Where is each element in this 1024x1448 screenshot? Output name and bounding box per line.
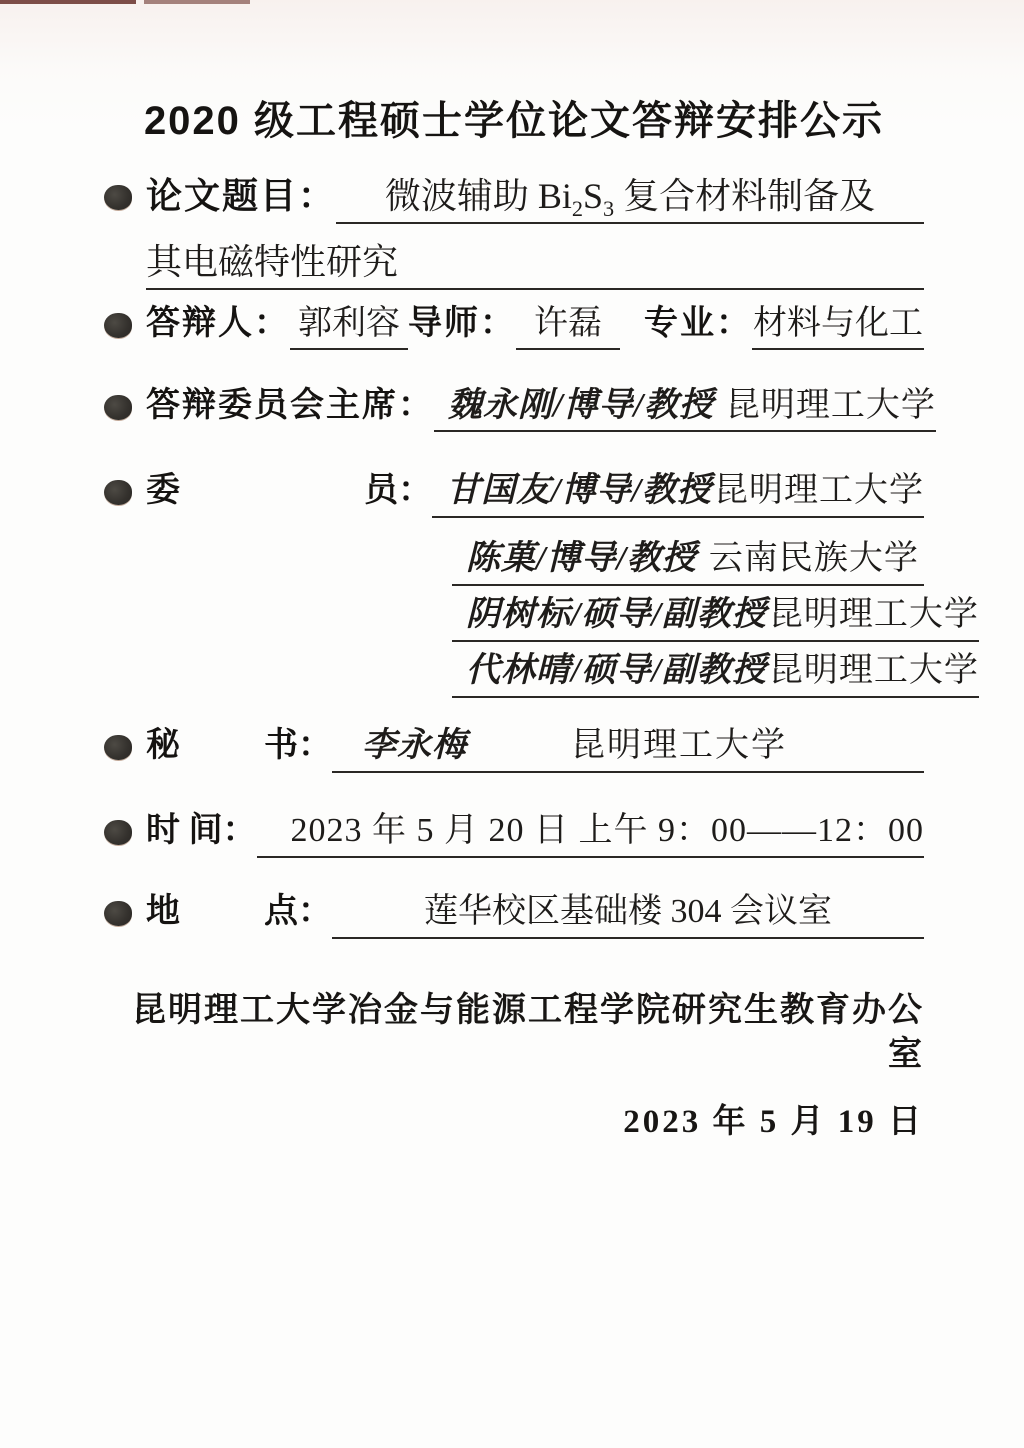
time-label-first: 时 [146, 806, 180, 858]
member-name: 代林晴/硕导/副教授 [466, 652, 767, 689]
bullet-icon [104, 901, 132, 926]
secretary-org: 昆明理工大学 [571, 727, 787, 764]
member-org: 昆明理工大学 [769, 596, 979, 633]
secretary-label: 秘书： [146, 721, 332, 773]
scan-edge-artifact [0, 0, 136, 4]
secretary-label-first: 秘 [146, 721, 180, 773]
time-label-second: 间： [189, 806, 257, 858]
document-page: 2020 级工程硕士学位论文答辩安排公示 论文题目： 微波辅助 Bi2S3 复合… [0, 96, 1024, 1143]
major-label: 专业： [644, 300, 752, 350]
member-line: 阴树标/硕导/副教授昆明理工大学 [452, 590, 979, 642]
bullet-icon [104, 735, 132, 760]
footer-office: 昆明理工大学冶金与能源工程学院研究生教育办公室 [104, 989, 924, 1077]
committee-label: 委员： [146, 466, 432, 518]
page-title: 2020 级工程硕士学位论文答辩安排公示 [104, 96, 924, 146]
committee-member-row: 阴树标/硕导/副教授昆明理工大学 [452, 590, 924, 642]
committee-chair-row: 答辩委员会主席： 魏永刚/博导/教授昆明理工大学 [104, 382, 924, 432]
secretary-value: 李永梅昆明理工大学 [332, 721, 924, 773]
thesis-title-value-line2: 其电磁特性研究 [146, 236, 924, 290]
secretary-label-second: 书： [264, 721, 332, 773]
committee-label-first: 委 [146, 466, 180, 518]
bullet-icon [104, 395, 132, 420]
committee-member-row: 陈菓/博导/教授云南民族大学 [452, 534, 924, 586]
chair-org: 昆明理工大学 [726, 387, 936, 424]
defense-person-value: 郭利容 [290, 300, 408, 350]
member-name: 陈菓/博导/教授 [466, 540, 697, 577]
indent-spacer [104, 236, 146, 290]
defense-person-label: 答辩人： [146, 300, 290, 350]
advisor-label: 导师： [408, 300, 516, 350]
advisor-value: 许磊 [516, 300, 620, 350]
thesis-title-value: 微波辅助 Bi2S3 复合材料制备及 [336, 170, 924, 224]
scan-edge-artifact [144, 0, 250, 4]
secretary-name: 李永梅 [362, 727, 467, 764]
thesis-title-row: 论文题目： 微波辅助 Bi2S3 复合材料制备及 [104, 170, 924, 224]
member-org: 云南民族大学 [709, 540, 919, 577]
defense-person-row: 答辩人： 郭利容 导师： 许磊 专业： 材料与化工 [104, 300, 924, 350]
thesis-title-label: 论文题目： [146, 170, 336, 224]
thesis-value-part: 微波辅助 Bi [385, 176, 572, 216]
committee-chair-label: 答辩委员会主席： [146, 382, 434, 432]
bullet-icon [104, 480, 132, 505]
committee-member-row: 代林晴/硕导/副教授昆明理工大学 [452, 646, 924, 698]
place-label: 地点： [146, 887, 332, 939]
time-row: 时间： 2023 年 5 月 20 日 上午 9：00——12：00 [104, 806, 924, 858]
committee-members-row: 委员： 甘国友/博导/教授昆明理工大学 [104, 466, 924, 518]
bullet-icon [104, 820, 132, 845]
bullet-icon [104, 185, 132, 210]
time-value: 2023 年 5 月 20 日 上午 9：00——12：00 [257, 806, 925, 858]
thesis-subscript: 2 [572, 196, 583, 221]
committee-members-list: 陈菓/博导/教授云南民族大学 阴树标/硕导/副教授昆明理工大学 代林晴/硕导/副… [452, 534, 924, 698]
committee-label-second: 员： [364, 466, 432, 518]
committee-chair-value: 魏永刚/博导/教授昆明理工大学 [434, 382, 936, 432]
footer-date: 2023 年 5 月 19 日 [104, 1101, 924, 1143]
member-name: 阴树标/硕导/副教授 [466, 596, 767, 633]
place-label-first: 地 [146, 887, 180, 939]
thesis-value-part: 复合材料制备及 [614, 176, 875, 216]
chair-name: 魏永刚/博导/教授 [448, 387, 714, 424]
thesis-title-row-line2: 其电磁特性研究 [104, 236, 924, 290]
committee-member-row: 甘国友/博导/教授昆明理工大学 [432, 466, 924, 518]
member-org: 昆明理工大学 [769, 652, 979, 689]
bullet-icon [104, 313, 132, 338]
place-label-second: 点： [264, 887, 332, 939]
member-line: 代林晴/硕导/副教授昆明理工大学 [452, 646, 979, 698]
secretary-row: 秘书： 李永梅昆明理工大学 [104, 721, 924, 773]
thesis-value-part: S [583, 176, 603, 216]
document-footer: 昆明理工大学冶金与能源工程学院研究生教育办公室 2023 年 5 月 19 日 [104, 989, 924, 1143]
place-row: 地点： 莲华校区基础楼 304 会议室 [104, 887, 924, 939]
thesis-subscript: 3 [603, 196, 614, 221]
member-name: 甘国友/博导/教授 [446, 472, 712, 509]
member-line: 陈菓/博导/教授云南民族大学 [452, 534, 924, 586]
major-value: 材料与化工 [752, 300, 924, 350]
time-label: 时间： [146, 806, 257, 858]
place-value: 莲华校区基础楼 304 会议室 [332, 887, 924, 939]
member-org: 昆明理工大学 [714, 472, 924, 509]
